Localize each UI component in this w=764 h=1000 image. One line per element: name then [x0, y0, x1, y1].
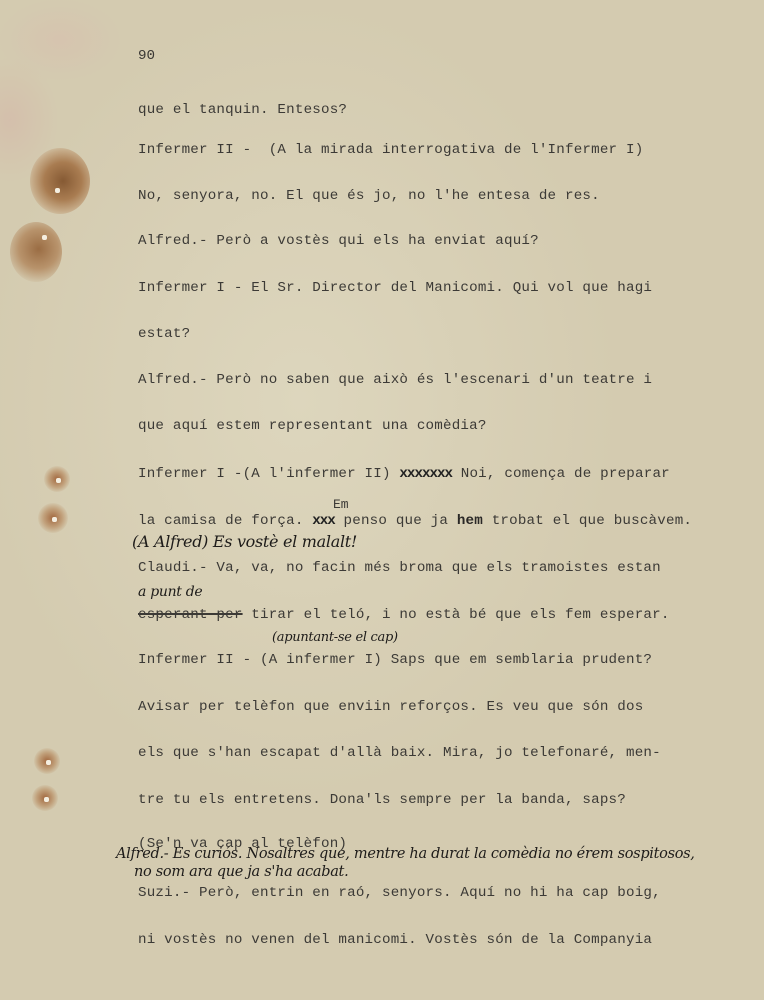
typed-segment: Noi, comença de preparar [452, 466, 670, 482]
typed-line: Infermer I - El Sr. Director del Manicom… [138, 280, 652, 296]
typed-segment: penso que ja [335, 513, 457, 529]
typed-line: No, senyora, no. El que és jo, no l'he e… [138, 188, 600, 204]
typed-line: Claudi.- Va, va, no facin més broma que … [138, 560, 661, 576]
burn-stain [44, 466, 70, 492]
typed-line: Infermer II - (A la mirada interrogativa… [138, 142, 643, 158]
typed-xout: xxx [312, 513, 335, 529]
handwritten-annotation: (A Alfred) Es vostè el malalt! [132, 532, 357, 551]
burn-stain [30, 148, 90, 214]
typed-xout: xxxxxxx [399, 466, 452, 482]
typed-line: Infermer I -(A l'infermer II) xxxxxxx No… [138, 466, 670, 482]
typed-segment: trobat el que buscàvem. [483, 513, 692, 529]
typed-line: Alfred.- Però a vostès qui els ha enviat… [138, 233, 539, 249]
typed-segment: (A infermer I) Saps que em semblaria pru… [260, 652, 652, 668]
typed-line: ni vostès no venen del manicomi. Vostès … [138, 932, 652, 948]
typed-segment: la camisa de força. [138, 513, 312, 529]
burn-stain [32, 785, 58, 811]
typed-line: Infermer II - (A infermer I) Saps que em… [138, 652, 652, 668]
typed-line: Avisar per telèfon que enviin reforços. … [138, 699, 643, 715]
page-number: 90 [138, 48, 155, 64]
struck-text: esperant per [138, 607, 243, 623]
typed-line: Alfred.- Però no saben que això és l'esc… [138, 372, 652, 388]
typed-line: esperant per tirar el teló, i no està bé… [138, 607, 670, 623]
handwritten-annotation: Alfred.- Es curiós. Nosaltres que, mentr… [116, 846, 695, 862]
typed-correction: Em [333, 497, 349, 512]
typed-line: estat? [138, 326, 190, 342]
typed-line: els que s'han escapat d'allà baix. Mira,… [138, 745, 661, 761]
manuscript-page: 90 que el tanquin. Entesos? Infermer II … [0, 0, 764, 1000]
typed-segment: Infermer II - [138, 652, 260, 668]
burn-stain [38, 503, 68, 533]
handwritten-annotation: a punt de [138, 584, 202, 600]
typed-segment: Infermer I -(A l'infermer II) [138, 466, 399, 482]
typed-overstrike: hem [457, 513, 483, 529]
typed-line: que el tanquin. Entesos? [138, 102, 347, 118]
typed-segment: tirar el teló, i no està bé que els fem … [243, 607, 670, 623]
typed-line: Suzi.- Però, entrin en raó, senyors. Aqu… [138, 885, 661, 901]
handwritten-annotation: no som ara que ja s'ha acabat. [134, 864, 348, 880]
typed-line: la camisa de força. xxx penso que ja hem… [138, 513, 692, 529]
typed-line: tre tu els entretens. Dona'ls sempre per… [138, 792, 626, 808]
handwritten-annotation: (apuntant-se el cap) [272, 630, 398, 645]
typed-line: que aquí estem representant una comèdia? [138, 418, 487, 434]
burn-stain [34, 748, 60, 774]
burn-stain [10, 222, 62, 282]
